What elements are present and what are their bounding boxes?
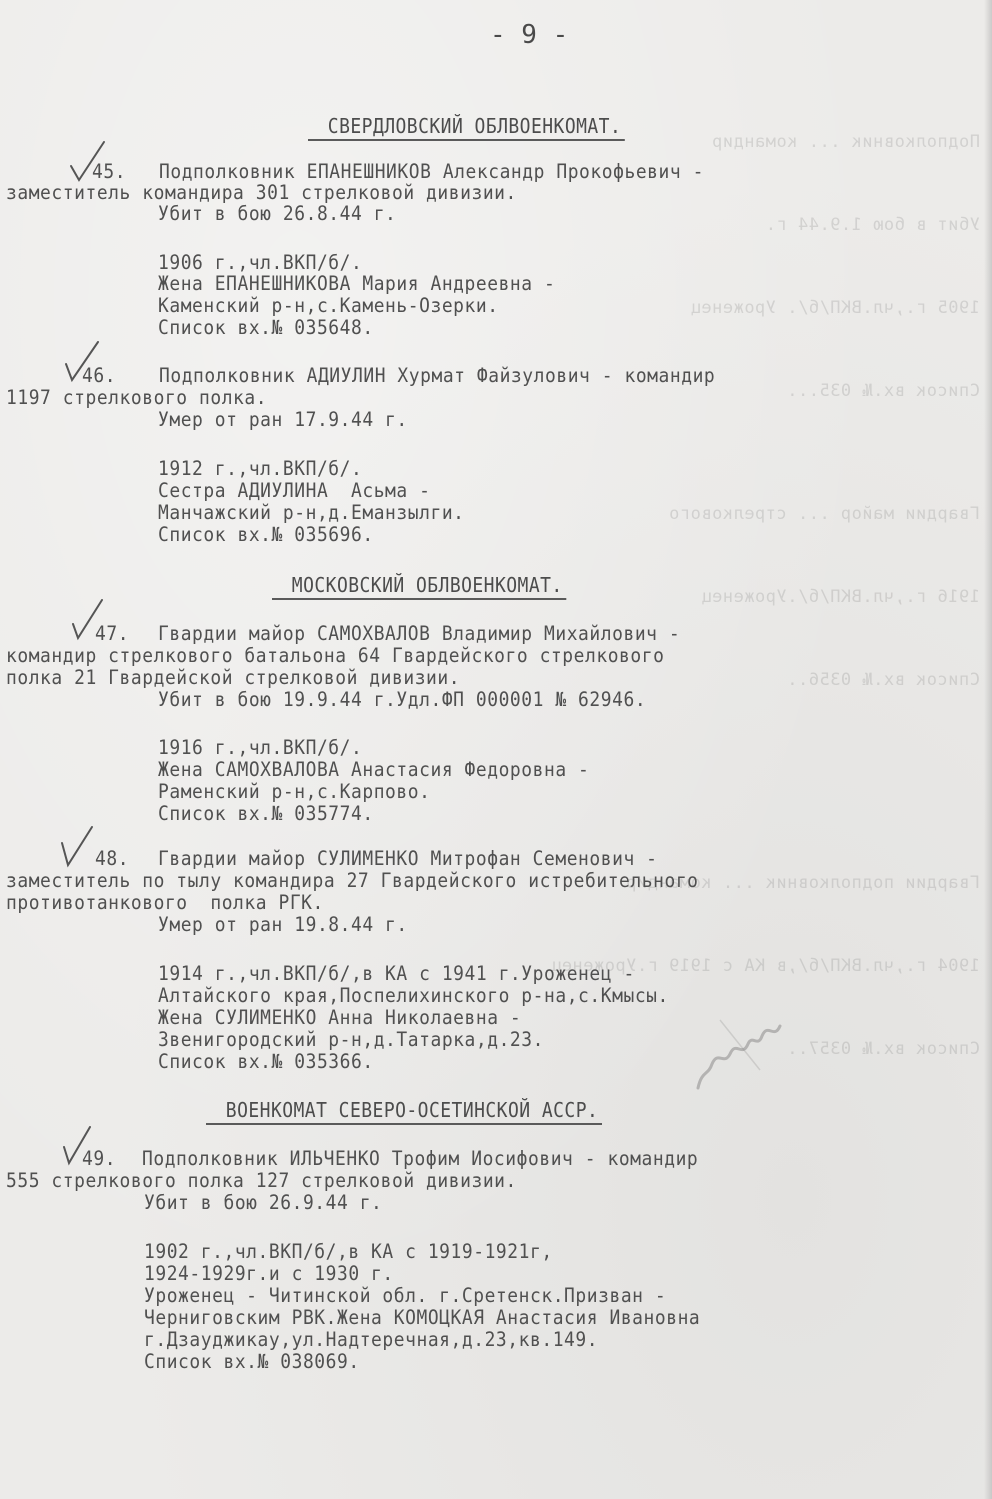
entry-47-number: 47. — [95, 622, 129, 645]
entry-48-line-1: Гвардии майор СУЛИМЕНКО Митрофан Семенов… — [158, 847, 658, 870]
entry-45-line-3: Убит в бою 26.8.44 г. — [158, 202, 396, 225]
page-edge-shadow — [984, 0, 992, 1499]
entry-49-number: 49. — [82, 1147, 116, 1170]
entry-45-detail-2: Жена ЕПАНЕШНИКОВА Мария Андреевна - — [158, 272, 555, 295]
entry-47-line-1: Гвардии майор САМОХВАЛОВ Владимир Михайл… — [158, 622, 680, 645]
entry-46-detail-1: 1912 г.,чл.ВКП/б/. — [158, 457, 362, 480]
entry-47-detail-1: 1916 г.,чл.ВКП/б/. — [158, 736, 362, 759]
entry-48-number: 48. — [95, 847, 129, 870]
entry-46-detail-3: Манчажский р-н,д.Еманзылги. — [158, 501, 465, 524]
entry-48-line-2: заместитель по тылу командира 27 Гвардей… — [6, 869, 699, 892]
entry-49-detail-2: 1924-1929г.и с 1930 г. — [144, 1262, 394, 1285]
entry-48-line-4: Умер от ран 19.8.44 г. — [158, 913, 408, 936]
entry-47-detail-4: Список вх.№ 035774. — [158, 802, 374, 825]
checkmark-icon — [58, 825, 98, 869]
entry-48-line-3: противотанкового полка РГК. — [6, 891, 324, 914]
entry-46-line-3: Умер от ран 17.9.44 г. — [158, 408, 408, 431]
entry-47-line-4: Убит в бою 19.9.44 г.Удл.ФП 000001 № 629… — [158, 688, 646, 711]
entry-48-detail-1: 1914 г.,чл.ВКП/б/,в КА с 1941 г.Уроженец… — [158, 962, 635, 985]
entry-47-line-3: полка 21 Гвардейской стрелковой дивизии. — [6, 666, 460, 689]
entry-46-line-1: Подполковник АДИУЛИН Хурмат Файзулович -… — [159, 364, 715, 387]
page-number: - 9 - — [490, 20, 568, 50]
entry-48-detail-4: Звенигородский р-н,д.Татарка,д.23. — [158, 1028, 544, 1051]
entry-47-line-2: командир стрелкового батальона 64 Гварде… — [6, 644, 664, 667]
entry-45-detail-4: Список вх.№ 035648. — [158, 316, 374, 339]
entry-46-number: 46. — [82, 364, 116, 387]
entry-48-detail-5: Список вх.№ 035366. — [158, 1050, 374, 1073]
entry-49-line-2: 555 стрелкового полка 127 стрелковой див… — [6, 1169, 517, 1192]
section-heading-north-ossetia: ВОЕНКОМАТ СЕВЕРО-ОСЕТИНСКОЙ АССР. — [206, 1098, 602, 1125]
section-heading-moscow: МОСКОВСКИЙ ОБЛВОЕНКОМАТ. — [272, 573, 566, 600]
entry-49-line-3: Убит в бою 26.9.44 г. — [144, 1191, 382, 1214]
entry-46-line-2: 1197 стрелкового полка. — [6, 386, 267, 409]
entry-45-detail-3: Каменский р-н,с.Камень-Озерки. — [158, 294, 499, 317]
entry-45-line-2: заместитель командира 301 стрелковой див… — [6, 181, 517, 204]
entry-49-detail-3: Уроженец - Читинской обл. г.Сретенск.При… — [144, 1284, 666, 1307]
entry-46-detail-4: Список вх.№ 035696. — [158, 523, 374, 546]
entry-46-detail-2: Сестра АДИУЛИНА Асьма - — [158, 479, 430, 502]
entry-45-line-1: Подполковник ЕПАНЕШНИКОВ Александр Проко… — [159, 160, 704, 183]
entry-49-detail-5: г.Дзауджикау,ул.Надтеречная,д.23,кв.149. — [144, 1328, 598, 1351]
entry-47-detail-3: Раменский р-н,с.Карпово. — [158, 780, 430, 803]
entry-49-detail-1: 1902 г.,чл.ВКП/б/,в КА с 1919-1921г, — [144, 1240, 553, 1263]
entry-49-detail-4: Черниговским РВК.Жена КОМОЦКАЯ Анастасия… — [144, 1306, 700, 1329]
entry-47-detail-2: Жена САМОХВАЛОВА Анастасия Федоровна - — [158, 758, 589, 781]
entry-45-detail-1: 1906 г.,чл.ВКП/б/. — [158, 251, 362, 274]
entry-48-detail-2: Алтайского края,Поспелихинского р-на,с.К… — [158, 984, 669, 1007]
entry-48-detail-3: Жена СУЛИМЕНКО Анна Николаевна - — [158, 1006, 521, 1029]
entry-49-detail-6: Список вх.№ 038069. — [144, 1350, 360, 1373]
handwritten-signature-scribble — [690, 1000, 800, 1090]
entry-49-line-1: Подполковник ИЛЬЧЕНКО Трофим Иосифович -… — [142, 1147, 698, 1170]
section-heading-sverdlovsk: СВЕРДЛОВСКИЙ ОБЛВОЕНКОМАТ. — [308, 114, 625, 141]
entry-45-number: 45. — [92, 160, 126, 183]
